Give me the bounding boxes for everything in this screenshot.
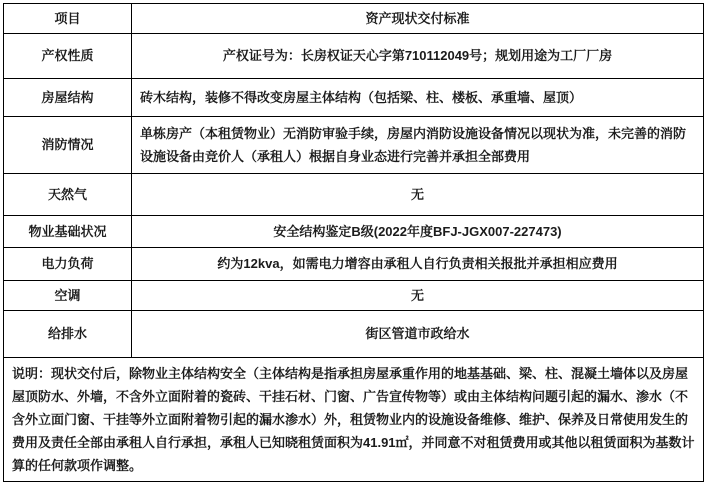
table-row: 产权性质产权证号为：长房权证天心字第710112049号；规划用途为工厂厂房 bbox=[4, 34, 704, 79]
row-content: 安全结构鉴定B级(2022年度BFJ-JGX007-227473) bbox=[132, 216, 704, 248]
row-content: 无 bbox=[132, 174, 704, 216]
table-row: 物业基础状况安全结构鉴定B级(2022年度BFJ-JGX007-227473) bbox=[4, 216, 704, 248]
row-label: 房屋结构 bbox=[4, 79, 132, 117]
table-row: 电力负荷约为12kva，如需电力增容由承租人自行负责相关报批并承担相应费用 bbox=[4, 248, 704, 281]
asset-delivery-standards-table: 项目 资产现状交付标准 产权性质产权证号为：长房权证天心字第710112049号… bbox=[3, 3, 704, 482]
table-row: 给排水街区管道市政给水 bbox=[4, 311, 704, 358]
header-item-column: 项目 bbox=[4, 4, 132, 34]
row-label: 天然气 bbox=[4, 174, 132, 216]
row-label: 消防情况 bbox=[4, 117, 132, 174]
table-row: 消防情况单栋房产（本租赁物业）无消防审验手续，房屋内消防设施设备情况以现状为准，… bbox=[4, 117, 704, 174]
table-row: 天然气无 bbox=[4, 174, 704, 216]
header-standard-column: 资产现状交付标准 bbox=[132, 4, 704, 34]
row-label: 空调 bbox=[4, 281, 132, 311]
row-label: 给排水 bbox=[4, 311, 132, 358]
row-label: 电力负荷 bbox=[4, 248, 132, 281]
row-label: 物业基础状况 bbox=[4, 216, 132, 248]
row-content: 产权证号为：长房权证天心字第710112049号；规划用途为工厂厂房 bbox=[132, 34, 704, 79]
header-row: 项目 资产现状交付标准 bbox=[4, 4, 704, 34]
row-content: 约为12kva，如需电力增容由承租人自行负责相关报批并承担相应费用 bbox=[132, 248, 704, 281]
table-row: 房屋结构砖木结构，装修不得改变房屋主体结构（包括梁、柱、楼板、承重墙、屋顶） bbox=[4, 79, 704, 117]
row-content: 街区管道市政给水 bbox=[132, 311, 704, 358]
row-label: 产权性质 bbox=[4, 34, 132, 79]
row-content: 无 bbox=[132, 281, 704, 311]
note-text: 说明：现状交付后，除物业主体结构安全（主体结构是指承担房屋承重作用的地基基础、梁… bbox=[4, 358, 704, 482]
note-row: 说明：现状交付后，除物业主体结构安全（主体结构是指承担房屋承重作用的地基基础、梁… bbox=[4, 358, 704, 482]
document-page: 项目 资产现状交付标准 产权性质产权证号为：长房权证天心字第710112049号… bbox=[0, 0, 706, 455]
row-content: 砖木结构，装修不得改变房屋主体结构（包括梁、柱、楼板、承重墙、屋顶） bbox=[132, 79, 704, 117]
row-content: 单栋房产（本租赁物业）无消防审验手续，房屋内消防设施设备情况以现状为准，未完善的… bbox=[132, 117, 704, 174]
table-row: 空调无 bbox=[4, 281, 704, 311]
